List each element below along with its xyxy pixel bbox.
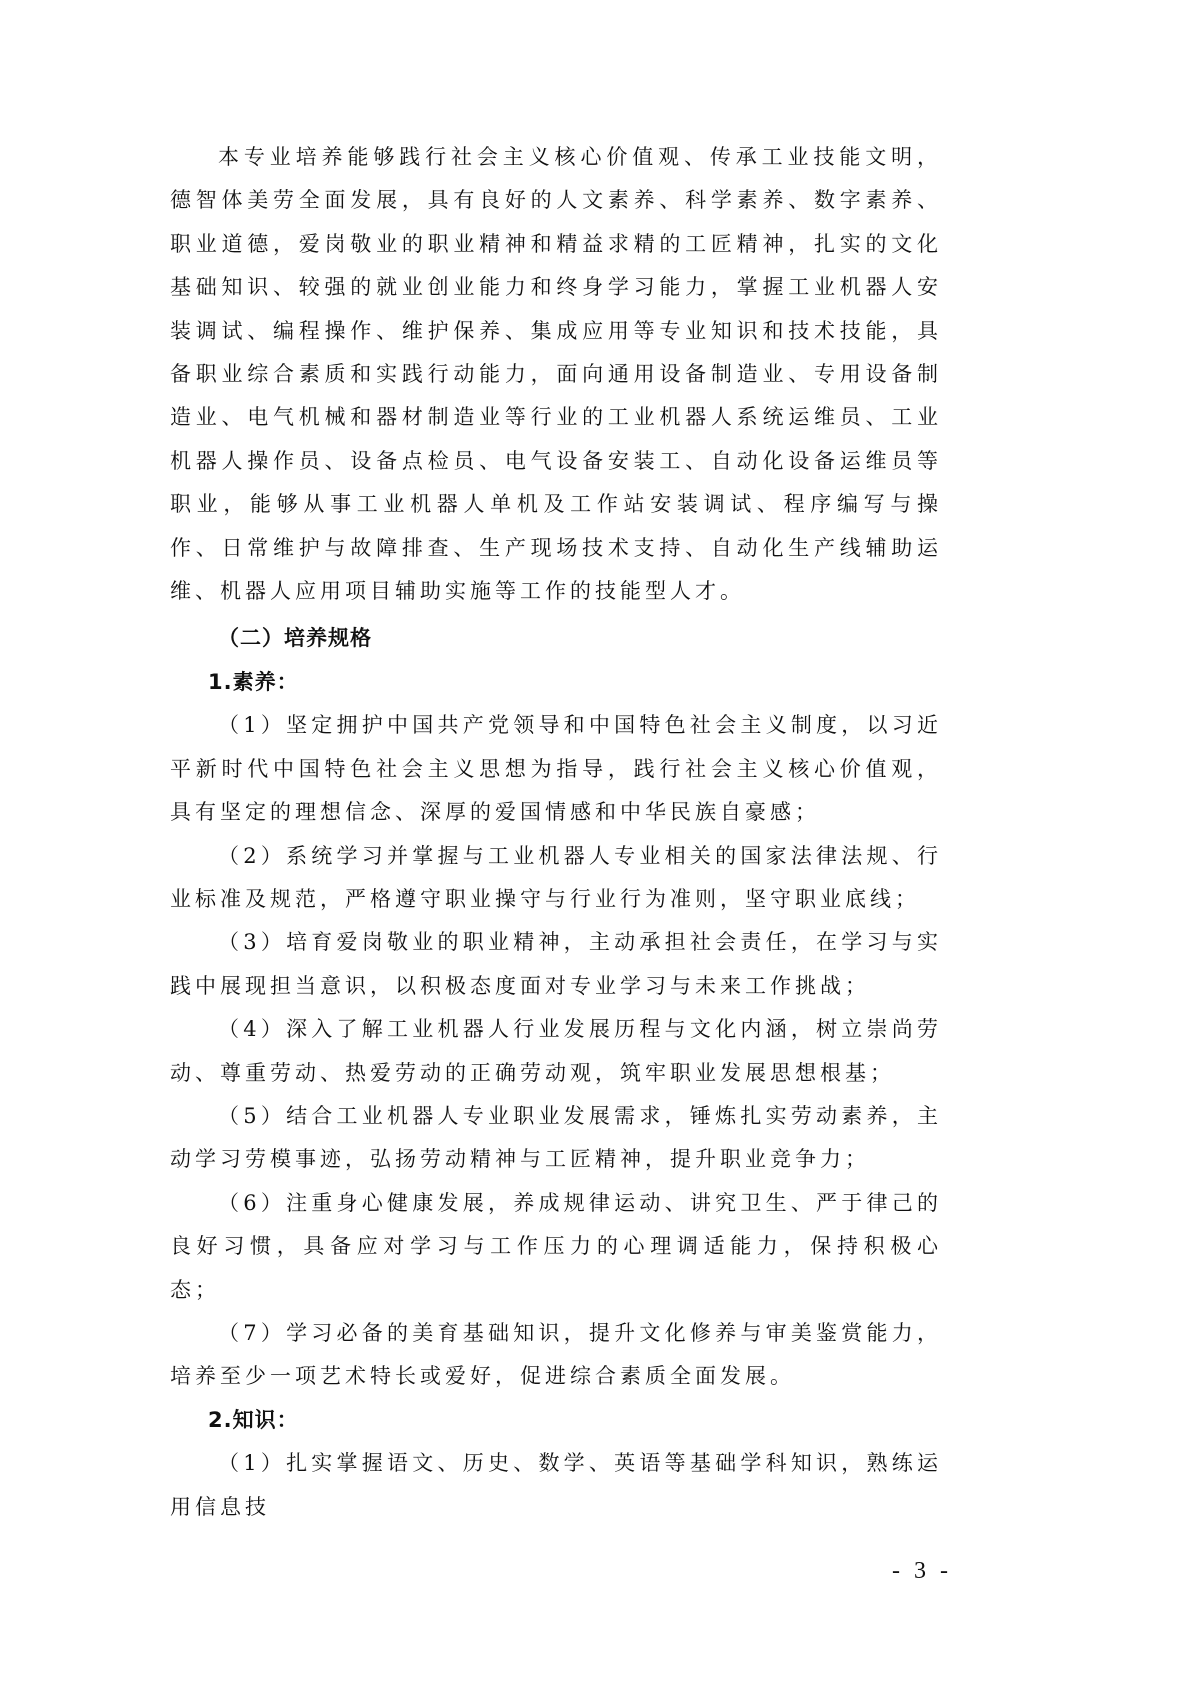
literacy-heading: 1.素养： — [170, 661, 942, 704]
literacy-item-3: （3）培育爱岗敬业的职业精神，主动承担社会责任，在学习与实践中展现担当意识，以积… — [170, 921, 942, 1008]
literacy-item-6: （6）注重身心健康发展，养成规律运动、讲究卫生、严于律己的良好习惯，具备应对学习… — [170, 1182, 942, 1312]
section-heading: （二）培养规格 — [170, 617, 942, 660]
document-body: 本专业培养能够践行社会主义核心价值观、传承工业技能文明，德智体美劳全面发展，具有… — [170, 136, 942, 1529]
intro-paragraph: 本专业培养能够践行社会主义核心价值观、传承工业技能文明，德智体美劳全面发展，具有… — [170, 136, 942, 613]
document-page: 本专业培养能够践行社会主义核心价值观、传承工业技能文明，德智体美劳全面发展，具有… — [0, 0, 1191, 1684]
literacy-item-7: （7）学习必备的美育基础知识，提升文化修养与审美鉴赏能力，培养至少一项艺术特长或… — [170, 1312, 942, 1399]
literacy-item-5: （5）结合工业机器人专业职业发展需求，锤炼扎实劳动素养，主动学习劳模事迹，弘扬劳… — [170, 1095, 942, 1182]
knowledge-heading: 2.知识： — [170, 1399, 942, 1442]
knowledge-item-1: （1）扎实掌握语文、历史、数学、英语等基础学科知识，熟练运用信息技 — [170, 1442, 942, 1529]
page-number: - 3 - — [872, 1558, 952, 1585]
literacy-item-1: （1）坚定拥护中国共产党领导和中国特色社会主义制度，以习近平新时代中国特色社会主… — [170, 704, 942, 834]
literacy-item-4: （4）深入了解工业机器人行业发展历程与文化内涵，树立崇尚劳动、尊重劳动、热爱劳动… — [170, 1008, 942, 1095]
literacy-item-2: （2）系统学习并掌握与工业机器人专业相关的国家法律法规、行业标准及规范，严格遵守… — [170, 835, 942, 922]
